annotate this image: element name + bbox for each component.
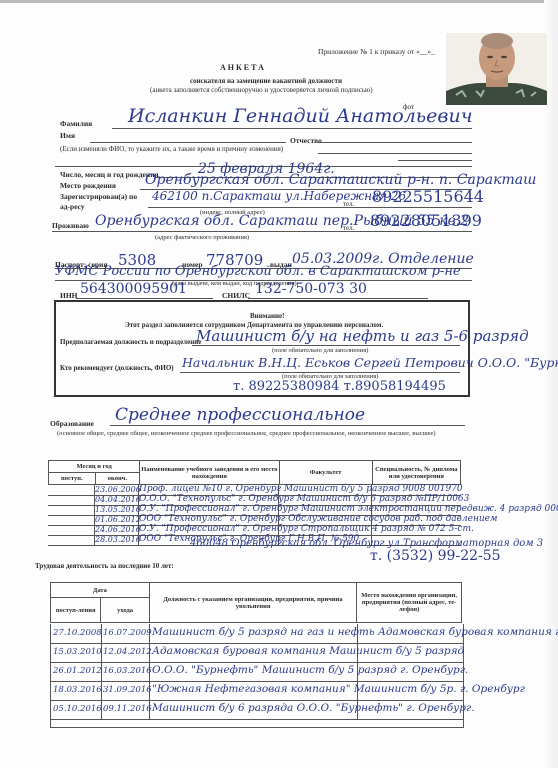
work-table: Дата Должность с указанием организации, … xyxy=(50,582,462,623)
edu-header-start: поступ. xyxy=(49,473,96,485)
work-entry-text[interactable]: Машинист б/у 6 разряда О.О.О. "Бурнефть"… xyxy=(152,702,475,714)
education-entry-text[interactable]: ООО "Технопульс" г. Оренбург Обслуживани… xyxy=(139,514,497,524)
work-row: 05.10.201609.11.2016Машинист б/у 6 разря… xyxy=(50,700,464,720)
work-start-date[interactable]: 15.03.2010 xyxy=(53,647,102,657)
education-entry-text[interactable]: О.О.О. "Технопульс" г. Оренбург Машинист… xyxy=(139,494,469,504)
scan-edge-top xyxy=(0,0,558,3)
registered-label: Зарегистрирован(а) по ад-ресу xyxy=(60,192,145,212)
education-end-date[interactable]: 13.05.2016 xyxy=(95,505,141,514)
edu-header-month-year: Месяц и год xyxy=(49,461,140,473)
education-end-date[interactable]: 28.03.2016 xyxy=(95,535,141,544)
work-start-date[interactable]: 27.10.2008 xyxy=(53,628,102,638)
inn-value[interactable]: 564300095901 xyxy=(80,281,187,297)
full-name-value[interactable]: Исланкин Геннадий Анатольевич xyxy=(128,105,473,127)
work-header-date: Дата xyxy=(51,583,150,598)
form-subtitle: соискателя на замещение вакантной должно… xyxy=(190,77,342,85)
work-entry-text[interactable]: Адамовская буровая компания Машинист б/у… xyxy=(152,645,464,657)
work-row: 27.10.200816.07.2009Машинист б/у 5 разря… xyxy=(50,624,464,644)
education-end-date[interactable]: 23.06.2006 xyxy=(95,485,141,494)
education-value[interactable]: Среднее профессиональное xyxy=(115,405,365,425)
recommender-value[interactable]: Начальник В.Н.Ц. Еськов Сергей Петрович … xyxy=(182,355,558,370)
recommender-label: Кто рекомендует (должность, ФИО) xyxy=(60,364,174,372)
birthdate-label: Число, месяц и год рождения xyxy=(60,170,159,179)
registered-tel-value[interactable]: 89225515644 xyxy=(372,187,484,206)
education-table: Месяц и год Наименование учебного заведе… xyxy=(48,460,461,485)
appendix-note: Приложение № 1 к приказу от «__»_ xyxy=(318,47,435,56)
work-end-date[interactable]: 16.03.2016 xyxy=(103,666,152,676)
changed-fio-label: (Если изменяли ФИО, то укажите их, а так… xyxy=(60,145,283,153)
education-end-date[interactable]: 01.06.2012 xyxy=(95,515,141,524)
work-entry-text[interactable]: Машинист б/у 5 разряд на газ и нефть Ада… xyxy=(152,626,558,638)
work-end-date[interactable]: 09.11.2016 xyxy=(103,704,152,714)
work-row: 26.01.201216.03.2016О.О.О. "Бурнефть" Ма… xyxy=(50,662,464,682)
lives-hint: (адрес фактического проживания) xyxy=(155,234,249,241)
edu-header-specialty: Специальность, № диплома или удостоверен… xyxy=(372,461,460,485)
hr-attention: Внимание! xyxy=(250,312,284,320)
edu-header-institution: Наименование учебного заведения и его ме… xyxy=(140,461,279,485)
work-start-date[interactable]: 18.03.2016 xyxy=(53,685,102,695)
work-end-date[interactable]: 12.04.2012 xyxy=(103,647,152,657)
education-entry-text[interactable]: Проф. лицей №10 г. Оренбург Машинист б/у… xyxy=(139,484,463,494)
name-label: Имя xyxy=(60,131,75,140)
work-row-empty xyxy=(50,719,464,728)
birthplace-value[interactable]: Оренбургская обл. Саракташский р-н. п. С… xyxy=(145,172,536,188)
education-end-date[interactable]: 24.06.2016 xyxy=(95,525,141,534)
scan-edge-right xyxy=(544,0,558,768)
passport-issued-value-2[interactable]: УФМС России по Оренбургской обл. в Сарак… xyxy=(55,264,461,279)
work-entry-text[interactable]: "Южная Нефтегазовая компания" Машинист б… xyxy=(152,683,525,695)
education-entry-text[interactable]: О.У. "Профессионал" г. Оренбург Машинист… xyxy=(139,504,558,514)
inn-label: ИНН xyxy=(60,291,78,300)
work-row: 15.03.201012.04.2012Адамовская буровая к… xyxy=(50,643,464,663)
patronymic-label: Отчество xyxy=(290,136,322,145)
work-end-date[interactable]: 31.09.2016 xyxy=(103,685,152,695)
applicant-photo xyxy=(446,33,547,105)
form-title: АНКЕТА xyxy=(220,63,266,72)
work-start-date[interactable]: 26.01.2012 xyxy=(53,666,102,676)
work-label: Трудовая деятельность за последние 10 ле… xyxy=(35,562,174,570)
edu-header-faculty: Факультет xyxy=(279,461,372,485)
edu-header-end: оконч. xyxy=(95,473,140,485)
work-row: 18.03.201631.09.2016"Южная Нефтегазовая … xyxy=(50,681,464,701)
form-note: (анкета заполняется собственноручно и уд… xyxy=(150,86,373,94)
position-value[interactable]: Машинист б/у на нефть и газ 5-6 разряд xyxy=(196,327,529,345)
work-end-date[interactable]: 16.07.2009 xyxy=(103,628,152,638)
education-extra-phone[interactable]: т. (3532) 99-22-55 xyxy=(370,548,501,564)
snils-label: СНИЛС xyxy=(222,291,250,300)
position-required-hint: (поле обязательно для заполнения) xyxy=(272,347,368,354)
surname-label: Фамилия xyxy=(60,119,92,128)
work-header-end: ухода xyxy=(101,598,149,623)
education-end-date[interactable]: 04.04.2016 xyxy=(95,495,141,504)
work-header-location: Место нахождения организации, предприяти… xyxy=(357,583,462,623)
lives-label: Проживаю xyxy=(52,221,89,230)
work-start-date[interactable]: 05.10.2016 xyxy=(53,704,102,714)
work-entry-text[interactable]: О.О.О. "Бурнефть" Машинист б/у 5 разряд … xyxy=(152,664,468,676)
education-entry-text[interactable]: О.У. "Профессионал" г. Оренбург Стропаль… xyxy=(139,524,474,534)
education-label: Образование xyxy=(50,419,94,428)
position-label: Предполагаемая должность и подразделение xyxy=(60,338,201,346)
birthplace-label: Место рождения xyxy=(60,181,116,190)
work-header-start: поступ-ления xyxy=(51,598,101,623)
snils-value[interactable]: 132-750-073 30 xyxy=(255,281,367,297)
education-hint: (основное общее, среднее общее, неоконче… xyxy=(57,429,477,438)
recommender-phone[interactable]: т. 89225380984 т.89058194495 xyxy=(233,379,446,394)
lives-tel-value[interactable]: 89228051399 xyxy=(370,211,482,230)
work-header-position: Должность с указанием организации, предп… xyxy=(149,583,357,623)
registered-value[interactable]: 462100 п.Саракташ ул.Набережная 26 xyxy=(152,189,406,203)
